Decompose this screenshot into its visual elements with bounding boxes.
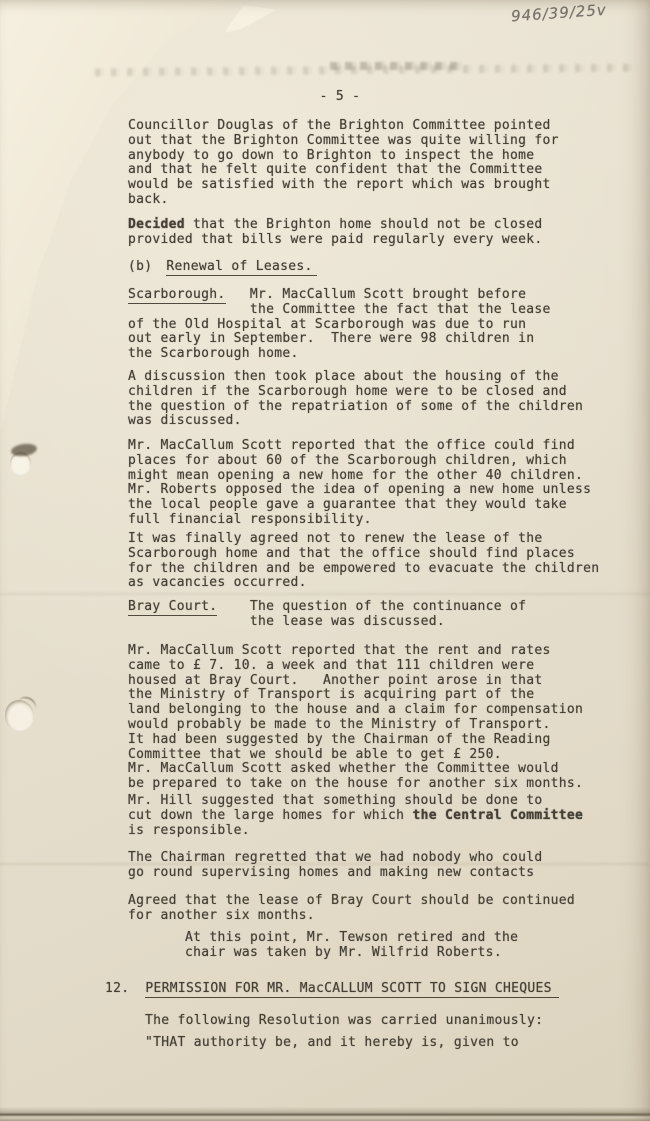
paragraph-rent-and-rates: Mr. MacCallum Scott reported that the re… xyxy=(128,644,583,792)
archive-reference-annotation: 946/39/25v xyxy=(510,1,607,26)
item-12-number: 12. xyxy=(105,981,129,996)
paragraph-resolution: The following Resolution was carried una… xyxy=(145,1010,543,1054)
heading-renewal-of-leases: (b)Renewal of Leases. xyxy=(128,260,317,275)
paragraph-brighton: Councillor Douglas of the Brighton Commi… xyxy=(128,119,559,208)
decided-text: that the Brighton home should not be clo… xyxy=(128,217,542,247)
page-number: - 5 - xyxy=(128,90,552,105)
paragraph-finally-agreed: It was finally agreed not to renew the l… xyxy=(128,532,599,591)
paragraph-chairman: The Chairman regretted that we had nobod… xyxy=(128,851,542,881)
paragraph-office-places: Mr. MacCallum Scott reported that the of… xyxy=(128,439,591,528)
paragraph-hill: Mr. Hill suggested that something should… xyxy=(128,794,583,838)
scanned-minutes-page: 946/39/25v - 5 - Councillor Douglas of t… xyxy=(0,0,650,1121)
heading-b-title: Renewal of Leases. xyxy=(166,259,316,276)
hill-text-end: is responsible. xyxy=(128,823,250,838)
heading-item-12: 12.PERMISSION FOR MR. MacCALLUM SCOTT TO… xyxy=(105,982,559,997)
page-bottom-edge xyxy=(0,1107,650,1121)
ghost-type-smudge xyxy=(330,62,465,70)
heading-b-prefix: (b) xyxy=(128,259,152,274)
punch-hole-smudge xyxy=(10,442,37,458)
paragraph-bray-court: Bray Court. The question of the continua… xyxy=(128,600,526,630)
item-12-title: PERMISSION FOR MR. MacCALLUM SCOTT TO SI… xyxy=(145,981,558,998)
horizontal-crease xyxy=(0,593,650,595)
central-committee-emphasis: the Central Committee xyxy=(412,808,583,823)
paragraph-decided: Decided that the Brighton home should no… xyxy=(128,218,542,248)
paragraph-agreed-bray: Agreed that the lease of Bray Court shou… xyxy=(128,894,575,924)
paragraph-tewson-retired: At this point, Mr. Tewson retired and th… xyxy=(185,931,518,961)
decided-emphasis: Decided xyxy=(128,217,185,232)
paragraph-scarborough: Scarborough. Mr. MacCallum Scott brought… xyxy=(128,288,551,362)
paragraph-discussion: A discussion then took place about the h… xyxy=(128,370,583,429)
crease-mark xyxy=(224,5,276,33)
